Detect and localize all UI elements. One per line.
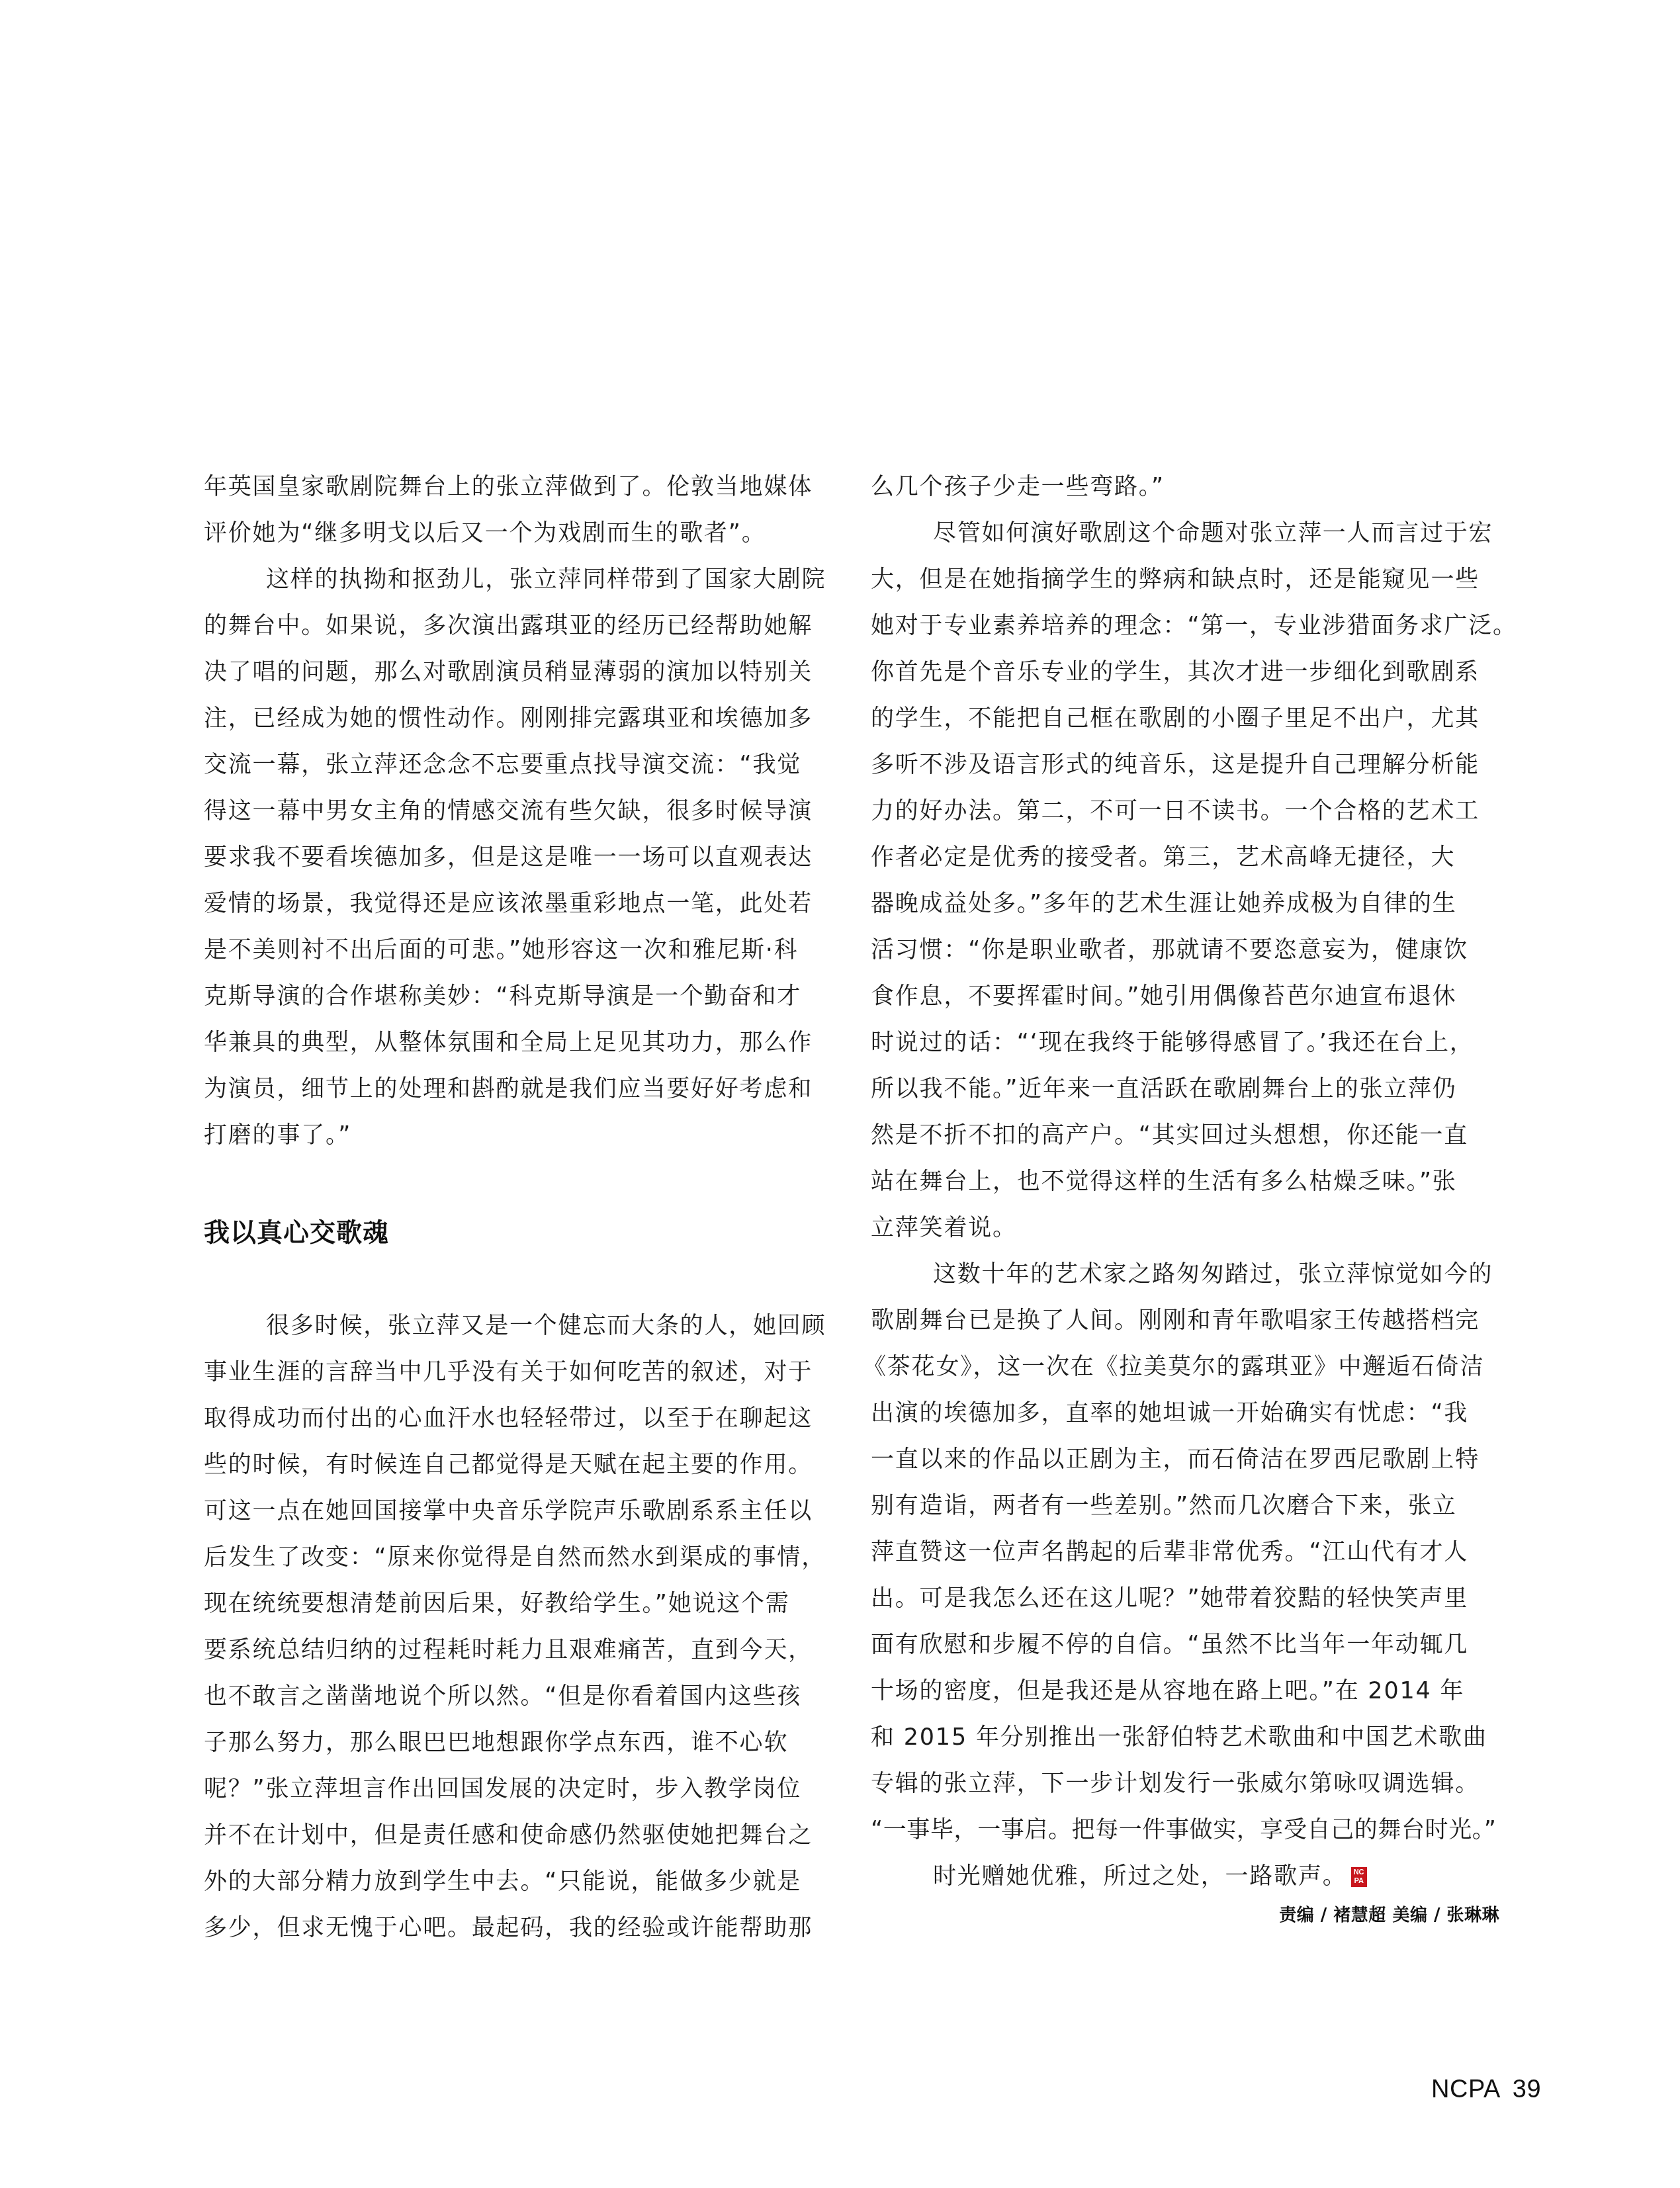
body-line: 交流一幕，张立萍还念念不忘要重点找导演交流：“我觉 — [204, 749, 801, 781]
body-line: 专辑的张立萍，下一步计划发行一张威尔第咏叹调选辑。 — [871, 1768, 1480, 1800]
body-line: 面有欣慰和步履不停的自信。“虽然不比当年一年动辄几 — [871, 1629, 1468, 1661]
body-line: 些的时候，有时候连自己都觉得是天赋在起主要的作用。 — [204, 1449, 813, 1481]
body-line: 要求我不要看埃德加多，但是这是唯一一场可以直观表达 — [204, 842, 813, 873]
body-line: 并不在计划中，但是责任感和使命感仍然驱使她把舞台之 — [204, 1819, 813, 1851]
end-mark-bottom: PA — [1351, 1877, 1367, 1886]
body-line: 现在统统要想清楚前因后果，好教给学生。”她说这个需 — [204, 1588, 790, 1620]
body-line: 这样的执拗和抠劲儿，张立萍同样带到了国家大剧院 — [204, 564, 826, 595]
body-line: 也不敢言之凿凿地说个所以然。“但是你看着国内这些孩 — [204, 1681, 801, 1712]
body-line: 一直以来的作品以正剧为主，而石倚洁在罗西尼歌剧上特 — [871, 1444, 1480, 1475]
body-line: 取得成功而付出的心血汗水也轻轻带过，以至于在聊起这 — [204, 1403, 813, 1434]
body-line: 时说过的话：“‘现在我终于能够得感冒了。’我还在台上， — [871, 1027, 1474, 1059]
body-line: 立萍笑着说。 — [871, 1212, 1017, 1244]
body-line: 所以我不能。”近年来一直活跃在歌剧舞台上的张立萍仍 — [871, 1073, 1457, 1105]
magazine-page: 年英国皇家歌剧院舞台上的张立萍做到了。伦敦当地媒体 评价她为“继多明戈以后又一个… — [0, 0, 1680, 2188]
body-line: 呢？”张立萍坦言作出回国发展的决定时，步入教学岗位 — [204, 1773, 801, 1805]
body-line: 这数十年的艺术家之路匆匆踏过，张立萍惊觉如今的 — [871, 1258, 1493, 1290]
body-line: 十场的密度，但是我还是从容地在路上吧。”在 2014 年 — [871, 1675, 1464, 1707]
body-line: 子那么努力，那么眼巴巴地想跟你学点东西，谁不心软 — [204, 1727, 788, 1759]
editor-credits: 责编 / 褚慧超 美编 / 张琳琳 — [1279, 1904, 1499, 1927]
body-line: 萍直赞这一位声名鹊起的后辈非常优秀。“江山代有才人 — [871, 1536, 1468, 1568]
body-line: 可这一点在她回国接掌中央音乐学院声乐歌剧系系主任以 — [204, 1495, 813, 1527]
body-line: 力的好办法。第二，不可一日不读书。一个合格的艺术工 — [871, 795, 1480, 827]
body-line: 尽管如何演好歌剧这个命题对张立萍一人而言过于宏 — [871, 517, 1493, 549]
body-line: 多听不涉及语言形式的纯音乐，这是提升自己理解分析能 — [871, 749, 1480, 781]
body-line: 然是不折不扣的高产户。“其实回过头想想，你还能一直 — [871, 1119, 1468, 1151]
body-line: 别有造诣，两者有一些差别。”然而几次磨合下来，张立 — [871, 1490, 1457, 1522]
body-line: 为演员，细节上的处理和斟酌就是我们应当要好好考虑和 — [204, 1073, 813, 1105]
body-line: 的舞台中。如果说，多次演出露琪亚的经历已经帮助她解 — [204, 610, 813, 642]
body-line: 决了唱的问题，那么对歌剧演员稍显薄弱的演加以特别关 — [204, 656, 813, 688]
body-line: 多少，但求无愧于心吧。最起码，我的经验或许能帮助那 — [204, 1912, 813, 1944]
page-number: 39 — [1513, 2076, 1541, 2103]
end-mark-top: NC — [1351, 1868, 1367, 1877]
body-line: 的学生，不能把自己框在歌剧的小圈子里足不出户，尤其 — [871, 703, 1480, 734]
body-line: 得这一幕中男女主角的情感交流有些欠缺，很多时候导演 — [204, 795, 813, 827]
body-line: 器晚成益处多。”多年的艺术生涯让她养成极为自律的生 — [871, 888, 1457, 920]
body-line: 和 2015 年分别推出一张舒伯特艺术歌曲和中国艺术歌曲 — [871, 1722, 1487, 1753]
body-line: 食作息，不要挥霍时间。”她引用偶像苔芭尔迪宣布退休 — [871, 981, 1457, 1012]
body-line: 评价她为“继多明戈以后又一个为戏剧而生的歌者”。 — [204, 517, 766, 549]
body-line: 爱情的场景，我觉得还是应该浓墨重彩地点一笔，此处若 — [204, 888, 813, 920]
closing-line: 时光赠她优雅，所过之处，一路歌声。NCPA — [871, 1860, 1367, 1892]
body-line: 年英国皇家歌剧院舞台上的张立萍做到了。伦敦当地媒体 — [204, 471, 813, 503]
body-line: 活习惯：“你是职业歌者，那就请不要恣意妄为，健康饮 — [871, 934, 1468, 966]
body-line: 很多时候，张立萍又是一个健忘而大条的人，她回顾 — [204, 1310, 826, 1342]
body-line: 华兼具的典型，从整体氛围和全局上足见其功力，那么作 — [204, 1027, 813, 1059]
body-line: 克斯导演的合作堪称美妙：“科克斯导演是一个勤奋和才 — [204, 981, 801, 1012]
magazine-name: NCPA — [1431, 2076, 1501, 2103]
body-line: 出。可是我怎么还在这儿呢？”她带着狡黠的轻快笑声里 — [871, 1583, 1468, 1614]
body-line: 要系统总结归纳的过程耗时耗力且艰难痛苦，直到今天， — [204, 1634, 813, 1666]
page-folio: NCPA39 — [1431, 2075, 1541, 2104]
body-line: 大，但是在她指摘学生的弊病和缺点时，还是能窥见一些 — [871, 564, 1480, 595]
body-line: 么几个孩子少走一些弯路。” — [871, 471, 1165, 503]
closing-text: 时光赠她优雅，所过之处，一路歌声。 — [933, 1863, 1347, 1890]
body-line: 作者必定是优秀的接受者。第三，艺术高峰无捷径，大 — [871, 842, 1455, 873]
section-heading: 我以真心交歌魂 — [204, 1216, 389, 1250]
body-line: 你首先是个音乐专业的学生，其次才进一步细化到歌剧系 — [871, 656, 1480, 688]
body-line: “一事毕，一事启。把每一件事做实，享受自己的舞台时光。” — [871, 1814, 1497, 1846]
body-line: 是不美则衬不出后面的可悲。”她形容这一次和雅尼斯·科 — [204, 934, 799, 966]
body-line: 后发生了改变：“原来你觉得是自然而然水到渠成的事情， — [204, 1542, 826, 1573]
ncpa-end-mark-icon: NCPA — [1351, 1867, 1367, 1887]
body-line: 外的大部分精力放到学生中去。“只能说，能做多少就是 — [204, 1866, 801, 1898]
body-line: 事业生涯的言辞当中几乎没有关于如何吃苦的叙述，对于 — [204, 1356, 813, 1388]
body-line: 打磨的事了。” — [204, 1119, 351, 1151]
body-line: 出演的埃德加多，直率的她坦诚一开始确实有忧虑：“我 — [871, 1397, 1468, 1429]
body-line: 歌剧舞台已是换了人间。刚刚和青年歌唱家王传越搭档完 — [871, 1305, 1480, 1336]
body-line: 《茶花女》，这一次在《拉美莫尔的露琪亚》中邂逅石倚洁 — [863, 1351, 1484, 1383]
body-line: 注，已经成为她的惯性动作。刚刚排完露琪亚和埃德加多 — [204, 703, 813, 734]
body-line: 站在舞台上，也不觉得这样的生活有多么枯燥乏味。”张 — [871, 1166, 1457, 1198]
body-line: 她对于专业素养培养的理念：“第一，专业涉猎面务求广泛。 — [871, 610, 1517, 642]
